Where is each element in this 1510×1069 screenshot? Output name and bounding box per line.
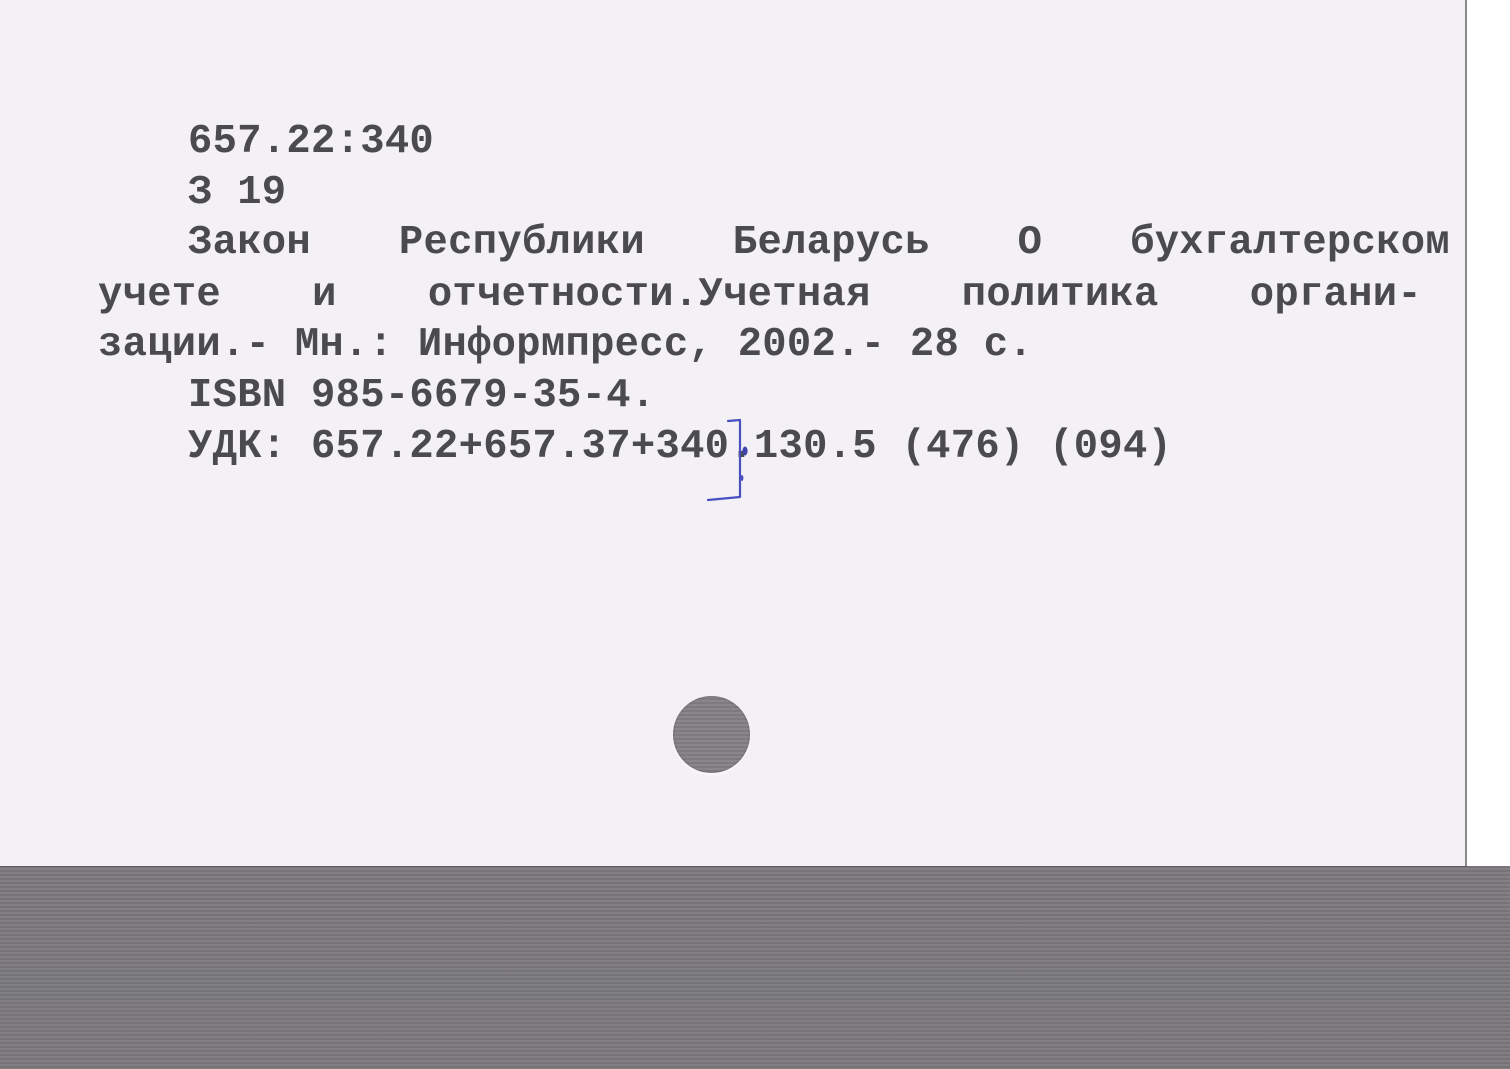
description-line-2: учете и отчетности.Учетная политика орга… xyxy=(98,275,1422,316)
pen-bracket-mark-icon xyxy=(700,415,760,505)
word: Закон xyxy=(188,223,311,264)
card-body: 657.22:340 З 19 Закон Республики Беларус… xyxy=(0,0,98,446)
scanner-margin xyxy=(1465,0,1510,866)
word: политика xyxy=(962,275,1159,316)
word: Беларусь xyxy=(733,223,930,264)
word: отчетности.Учетная xyxy=(428,275,871,316)
description-line-1: Закон Республики Беларусь О бухгалтерско… xyxy=(188,223,1450,264)
word: Республики xyxy=(399,223,645,264)
call-number-author-mark: З 19 xyxy=(188,173,286,214)
word: органи- xyxy=(1250,275,1422,316)
description-line-3: зации.- Мн.: Информпресс, 2002.- 28 с. xyxy=(98,325,1033,366)
catalog-card: 657.22:340 З 19 Закон Республики Беларус… xyxy=(0,0,1467,866)
isbn: ISBN 985-6679-35-4. xyxy=(188,376,655,417)
word: учете xyxy=(98,275,221,316)
word: О xyxy=(1018,223,1043,264)
word: и xyxy=(312,275,337,316)
card-punch-hole xyxy=(673,696,750,773)
udc-classification: УДК: 657.22+657.37+340.130.5 (476) (094) xyxy=(188,427,1172,468)
word: бухгалтерском xyxy=(1130,223,1450,264)
call-number-classification: 657.22:340 xyxy=(188,122,434,163)
